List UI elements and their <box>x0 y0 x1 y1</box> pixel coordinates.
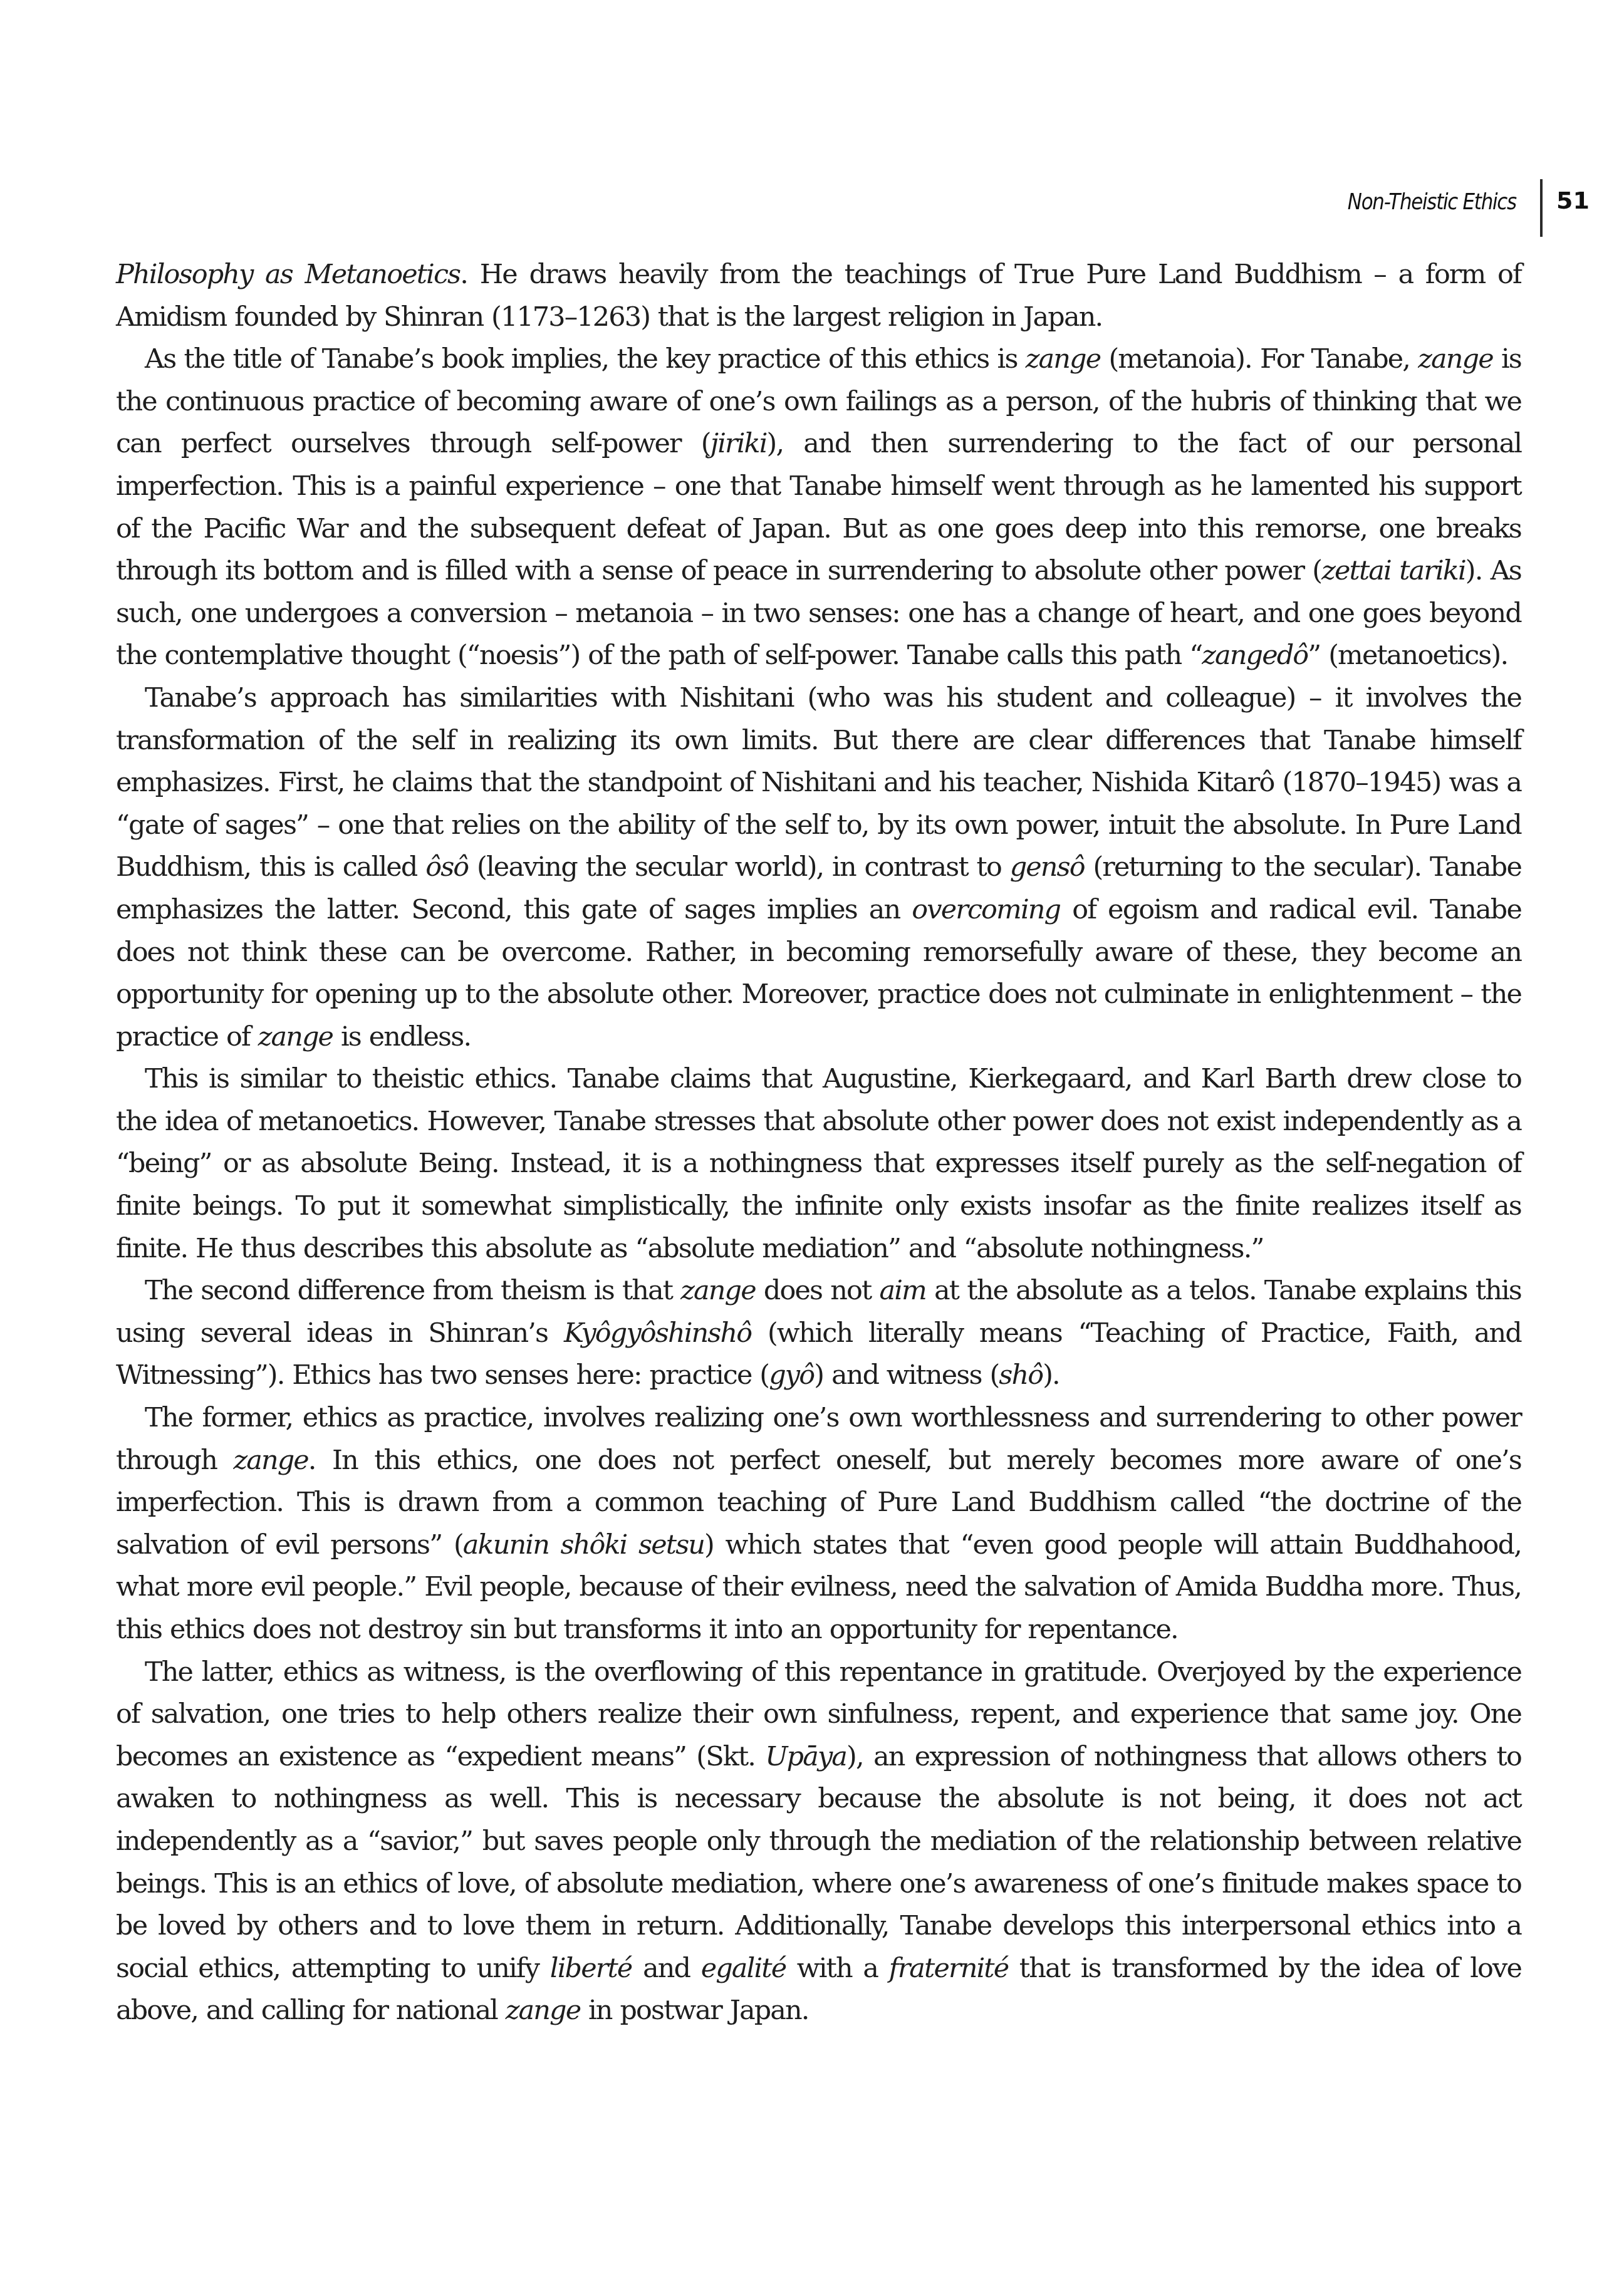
paragraph: Tanabe’s approach has similarities with … <box>116 677 1521 1058</box>
italic-term: gensô <box>1010 851 1085 883</box>
italic-term: Kyôgyôshinshô <box>564 1317 751 1349</box>
italic-term: gyô <box>769 1359 814 1391</box>
italic-term: zange <box>233 1445 308 1476</box>
text-run: ). <box>1043 1359 1059 1391</box>
italic-term: zange <box>258 1021 333 1052</box>
paragraph: The former, ethics as practice, involves… <box>116 1397 1521 1651</box>
italic-term: Philosophy as Metanoetics <box>116 259 460 290</box>
text-run: ) and witness ( <box>814 1359 999 1391</box>
paragraph: Philosophy as Metanoetics. He draws heav… <box>116 254 1521 338</box>
italic-term: shô <box>999 1359 1043 1391</box>
paragraph: The second difference from theism is tha… <box>116 1270 1521 1397</box>
italic-term: zange <box>1026 343 1100 375</box>
text-run: does not <box>756 1275 880 1306</box>
text-run: in postwar Japan. <box>580 1995 808 2026</box>
italic-term: zange <box>1418 343 1492 375</box>
header-divider <box>1540 179 1543 237</box>
italic-term: zange <box>680 1275 755 1306</box>
italic-term: liberté <box>550 1953 632 1984</box>
italic-term: zange <box>506 1995 580 2026</box>
text-run: As the title of Tanabe’s book implies, t… <box>145 343 1026 375</box>
italic-term: overcoming <box>912 894 1060 925</box>
body-text: Philosophy as Metanoetics. He draws heav… <box>116 254 1521 2032</box>
paragraph: As the title of Tanabe’s book implies, t… <box>116 338 1521 677</box>
text-run: This is similar to theistic ethics. Tana… <box>116 1063 1521 1264</box>
paragraph: The latter, ethics as witness, is the ov… <box>116 1651 1521 2032</box>
running-header: Non-Theistic Ethics 51 <box>0 179 1624 229</box>
italic-term: ôsô <box>425 851 468 883</box>
text-run: (metanoia). For Tanabe, <box>1100 343 1418 375</box>
text-run: The second difference from theism is tha… <box>145 1275 680 1306</box>
text-run: ), an expression of nothingness that all… <box>116 1741 1521 1984</box>
italic-term: akunin shôki setsu <box>463 1529 704 1561</box>
italic-term: zettai tariki <box>1321 555 1465 586</box>
italic-term: egalité <box>701 1953 786 1984</box>
text-run: ” (metanoetics). <box>1308 640 1507 671</box>
italic-term: jiriki <box>710 428 767 459</box>
paragraph: This is similar to theistic ethics. Tana… <box>116 1058 1521 1270</box>
running-title: Non-Theistic Ethics <box>1348 189 1516 215</box>
text-run: with a <box>786 1953 888 1984</box>
page-number: 51 <box>1556 187 1590 214</box>
text-run: and <box>632 1953 700 1984</box>
italic-term: aim <box>880 1275 926 1306</box>
text-run: is endless. <box>333 1021 471 1052</box>
italic-term: Upāya <box>765 1741 846 1772</box>
text-run: (leaving the secular world), in contrast… <box>468 851 1009 883</box>
italic-term: fraternité <box>889 1953 1009 1984</box>
italic-term: zangedô <box>1202 640 1308 671</box>
